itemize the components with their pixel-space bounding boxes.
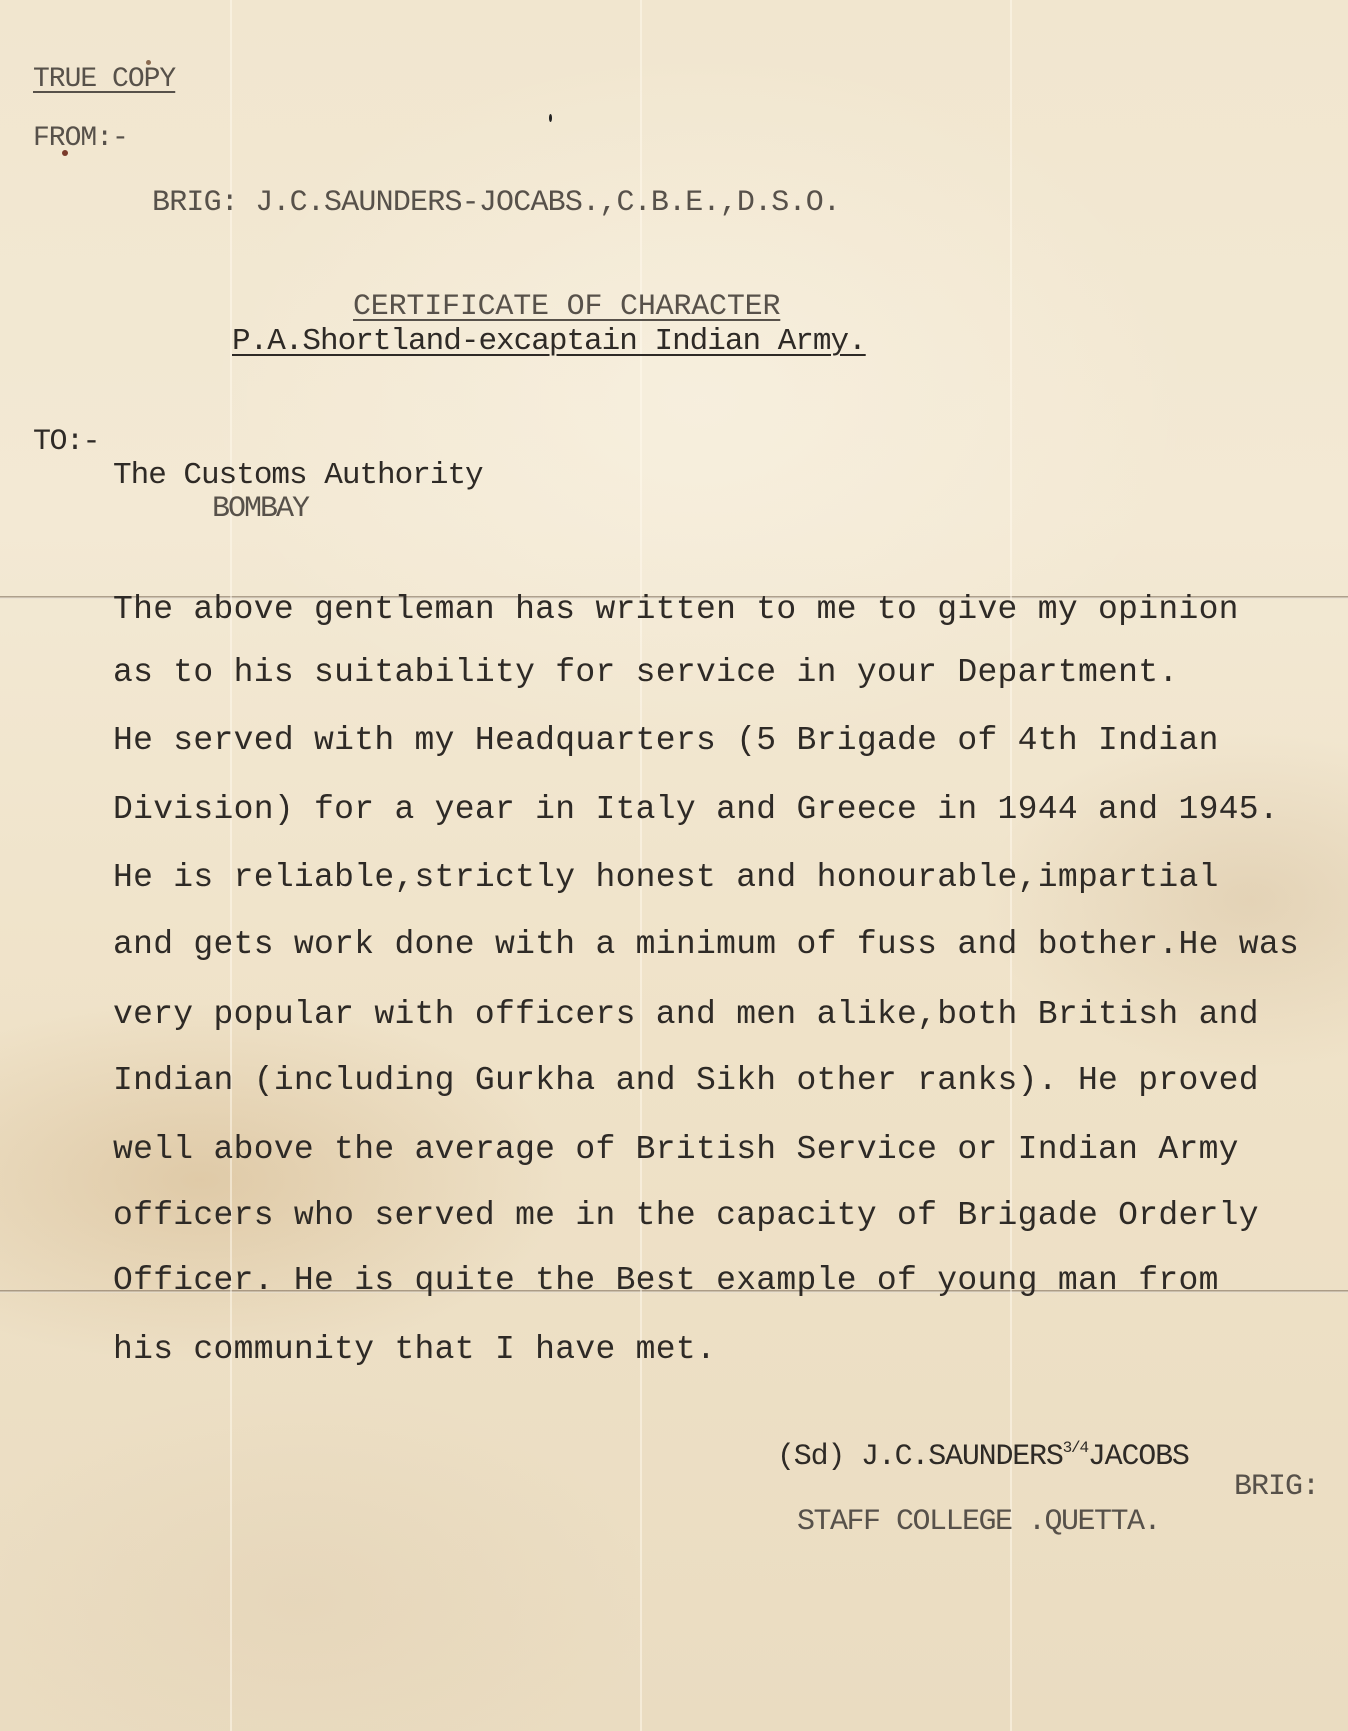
body-line: as to his suitability for service in you… xyxy=(113,656,1178,689)
certificate-subject: P.A.Shortland-excaptain Indian Army. xyxy=(232,326,866,357)
signature-line: (Sd) J.C.SAUNDERS3/4JACOBS xyxy=(777,1440,1189,1472)
recipient-name: The Customs Authority xyxy=(113,460,483,491)
signature-rank: BRIG: xyxy=(1234,1472,1319,1502)
from-name: BRIG: J.C.SAUNDERS-JOCABS.,C.B.E.,D.S.O. xyxy=(152,188,840,218)
signature-name-suffix: JACOBS xyxy=(1088,1440,1189,1474)
body-line: Division) for a year in Italy and Greece… xyxy=(113,793,1279,826)
signature-institution: STAFF COLLEGE .QUETTA. xyxy=(797,1507,1160,1537)
to-label: TO:- xyxy=(33,427,99,457)
signature-fraction: 3/4 xyxy=(1063,1439,1088,1457)
paper-speck xyxy=(549,114,552,122)
body-line: He is reliable,strictly honest and honou… xyxy=(113,861,1219,894)
body-line: very popular with officers and men alike… xyxy=(113,998,1259,1031)
signature-name-prefix: (Sd) J.C.SAUNDERS xyxy=(777,1440,1063,1474)
body-line: officers who served me in the capacity o… xyxy=(113,1199,1259,1232)
certificate-heading: CERTIFICATE OF CHARACTER xyxy=(353,292,780,322)
true-copy-marker: TRUE COPY xyxy=(33,66,175,94)
body-line: and gets work done with a minimum of fus… xyxy=(113,928,1299,961)
body-line: He served with my Headquarters (5 Brigad… xyxy=(113,724,1219,757)
body-line: The above gentleman has written to me to… xyxy=(113,593,1239,626)
body-line: his community that I have met. xyxy=(113,1333,716,1366)
recipient-city: BOMBAY xyxy=(212,494,308,524)
body-line: well above the average of British Servic… xyxy=(113,1133,1239,1166)
body-line: Officer. He is quite the Best example of… xyxy=(113,1264,1219,1297)
document-page: TRUE COPY FROM:- BRIG: J.C.SAUNDERS-JOCA… xyxy=(0,0,1348,1731)
body-line: Indian (including Gurkha and Sikh other … xyxy=(113,1064,1259,1097)
from-label: FROM:- xyxy=(33,125,128,153)
